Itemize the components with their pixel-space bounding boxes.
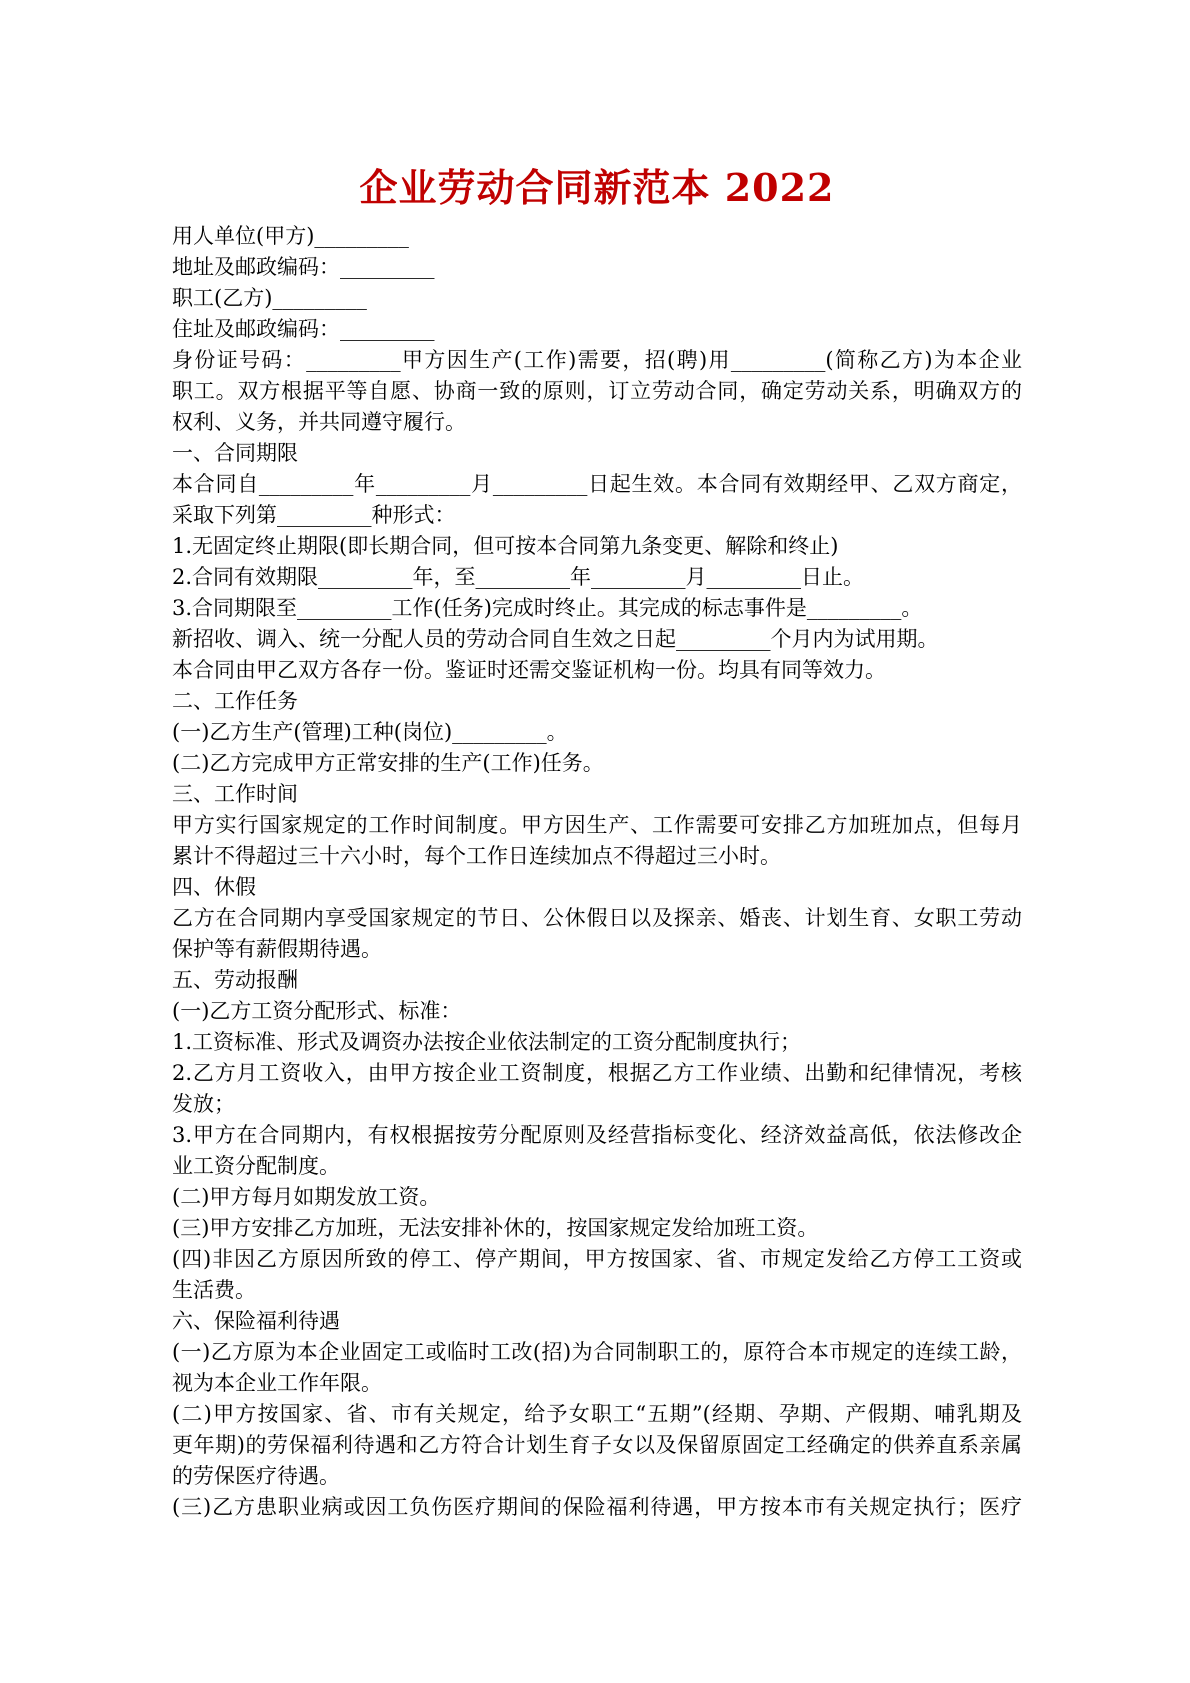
document-line: 3.甲方在合同期内，有权根据按劳分配原则及经营指标变化、经济效益高低，依法修改企 [172, 1120, 1022, 1151]
document-line: 采取下列第_________种形式： [172, 500, 1022, 531]
document-line: 五、劳动报酬 [172, 965, 1022, 996]
document-line: 本合同由甲乙双方各存一份。鉴证时还需交鉴证机构一份。均具有同等效力。 [172, 655, 1022, 686]
document-line: (四)非因乙方原因所致的停工、停产期间，甲方按国家、省、市规定发给乙方停工工资或 [172, 1244, 1022, 1275]
document-body: 用人单位(甲方)_________地址及邮政编码：_________职工(乙方)… [172, 221, 1022, 1523]
document-line: (一)乙方工资分配形式、标准： [172, 996, 1022, 1027]
document-line: 住址及邮政编码：_________ [172, 314, 1022, 345]
document-line: 视为本企业工作年限。 [172, 1368, 1022, 1399]
document-line: 1.无固定终止期限(即长期合同，但可按本合同第九条变更、解除和终止) [172, 531, 1022, 562]
document-line: 权利、义务，并共同遵守履行。 [172, 407, 1022, 438]
document-line: (一)乙方生产(管理)工种(岗位)_________。 [172, 717, 1022, 748]
document-line: 职工(乙方)_________ [172, 283, 1022, 314]
document-line: (二)甲方按国家、省、市有关规定，给予女职工“五期”(经期、孕期、产假期、哺乳期… [172, 1399, 1022, 1430]
document-line: 业工资分配制度。 [172, 1151, 1022, 1182]
document-line: 三、工作时间 [172, 779, 1022, 810]
document-line: 本合同自_________年_________月_________日起生效。本合… [172, 469, 1022, 500]
document-line: 新招收、调入、统一分配人员的劳动合同自生效之日起_________个月内为试用期… [172, 624, 1022, 655]
document-line: 累计不得超过三十六小时，每个工作日连续加点不得超过三小时。 [172, 841, 1022, 872]
document-line: 甲方实行国家规定的工作时间制度。甲方因生产、工作需要可安排乙方加班加点，但每月 [172, 810, 1022, 841]
document-line: 3.合同期限至_________工作(任务)完成时终止。其完成的标志事件是___… [172, 593, 1022, 624]
document-line: 用人单位(甲方)_________ [172, 221, 1022, 252]
document-page: 企业劳动合同新范本 2022 用人单位(甲方)_________地址及邮政编码：… [0, 0, 1190, 1683]
document-line: 2.合同有效期限_________年，至_________年_________月… [172, 562, 1022, 593]
document-line: 六、保险福利待遇 [172, 1306, 1022, 1337]
document-line: (三)乙方患职业病或因工负伤医疗期间的保险福利待遇，甲方按本市有关规定执行；医疗 [172, 1492, 1022, 1523]
document-line: 身份证号码：_________甲方因生产(工作)需要，招(聘)用________… [172, 345, 1022, 376]
document-line: 发放； [172, 1089, 1022, 1120]
document-line: 四、休假 [172, 872, 1022, 903]
document-line: (二)甲方每月如期发放工资。 [172, 1182, 1022, 1213]
document-line: 2.乙方月工资收入，由甲方按企业工资制度，根据乙方工作业绩、出勤和纪律情况，考核 [172, 1058, 1022, 1089]
document-line: 二、工作任务 [172, 686, 1022, 717]
document-line: 一、合同期限 [172, 438, 1022, 469]
document-title: 企业劳动合同新范本 2022 [172, 165, 1022, 211]
document-line: (一)乙方原为本企业固定工或临时工改(招)为合同制职工的，原符合本市规定的连续工… [172, 1337, 1022, 1368]
document-line: 保护等有薪假期待遇。 [172, 934, 1022, 965]
document-line: 职工。双方根据平等自愿、协商一致的原则，订立劳动合同，确定劳动关系，明确双方的 [172, 376, 1022, 407]
document-line: (三)甲方安排乙方加班，无法安排补休的，按国家规定发给加班工资。 [172, 1213, 1022, 1244]
document-line: (二)乙方完成甲方正常安排的生产(工作)任务。 [172, 748, 1022, 779]
document-line: 生活费。 [172, 1275, 1022, 1306]
document-line: 乙方在合同期内享受国家规定的节日、公休假日以及探亲、婚丧、计划生育、女职工劳动 [172, 903, 1022, 934]
document-line: 地址及邮政编码：_________ [172, 252, 1022, 283]
document-line: 1.工资标准、形式及调资办法按企业依法制定的工资分配制度执行； [172, 1027, 1022, 1058]
document-line: 的劳保医疗待遇。 [172, 1461, 1022, 1492]
document-line: 更年期)的劳保福利待遇和乙方符合计划生育子女以及保留原固定工经确定的供养直系亲属 [172, 1430, 1022, 1461]
